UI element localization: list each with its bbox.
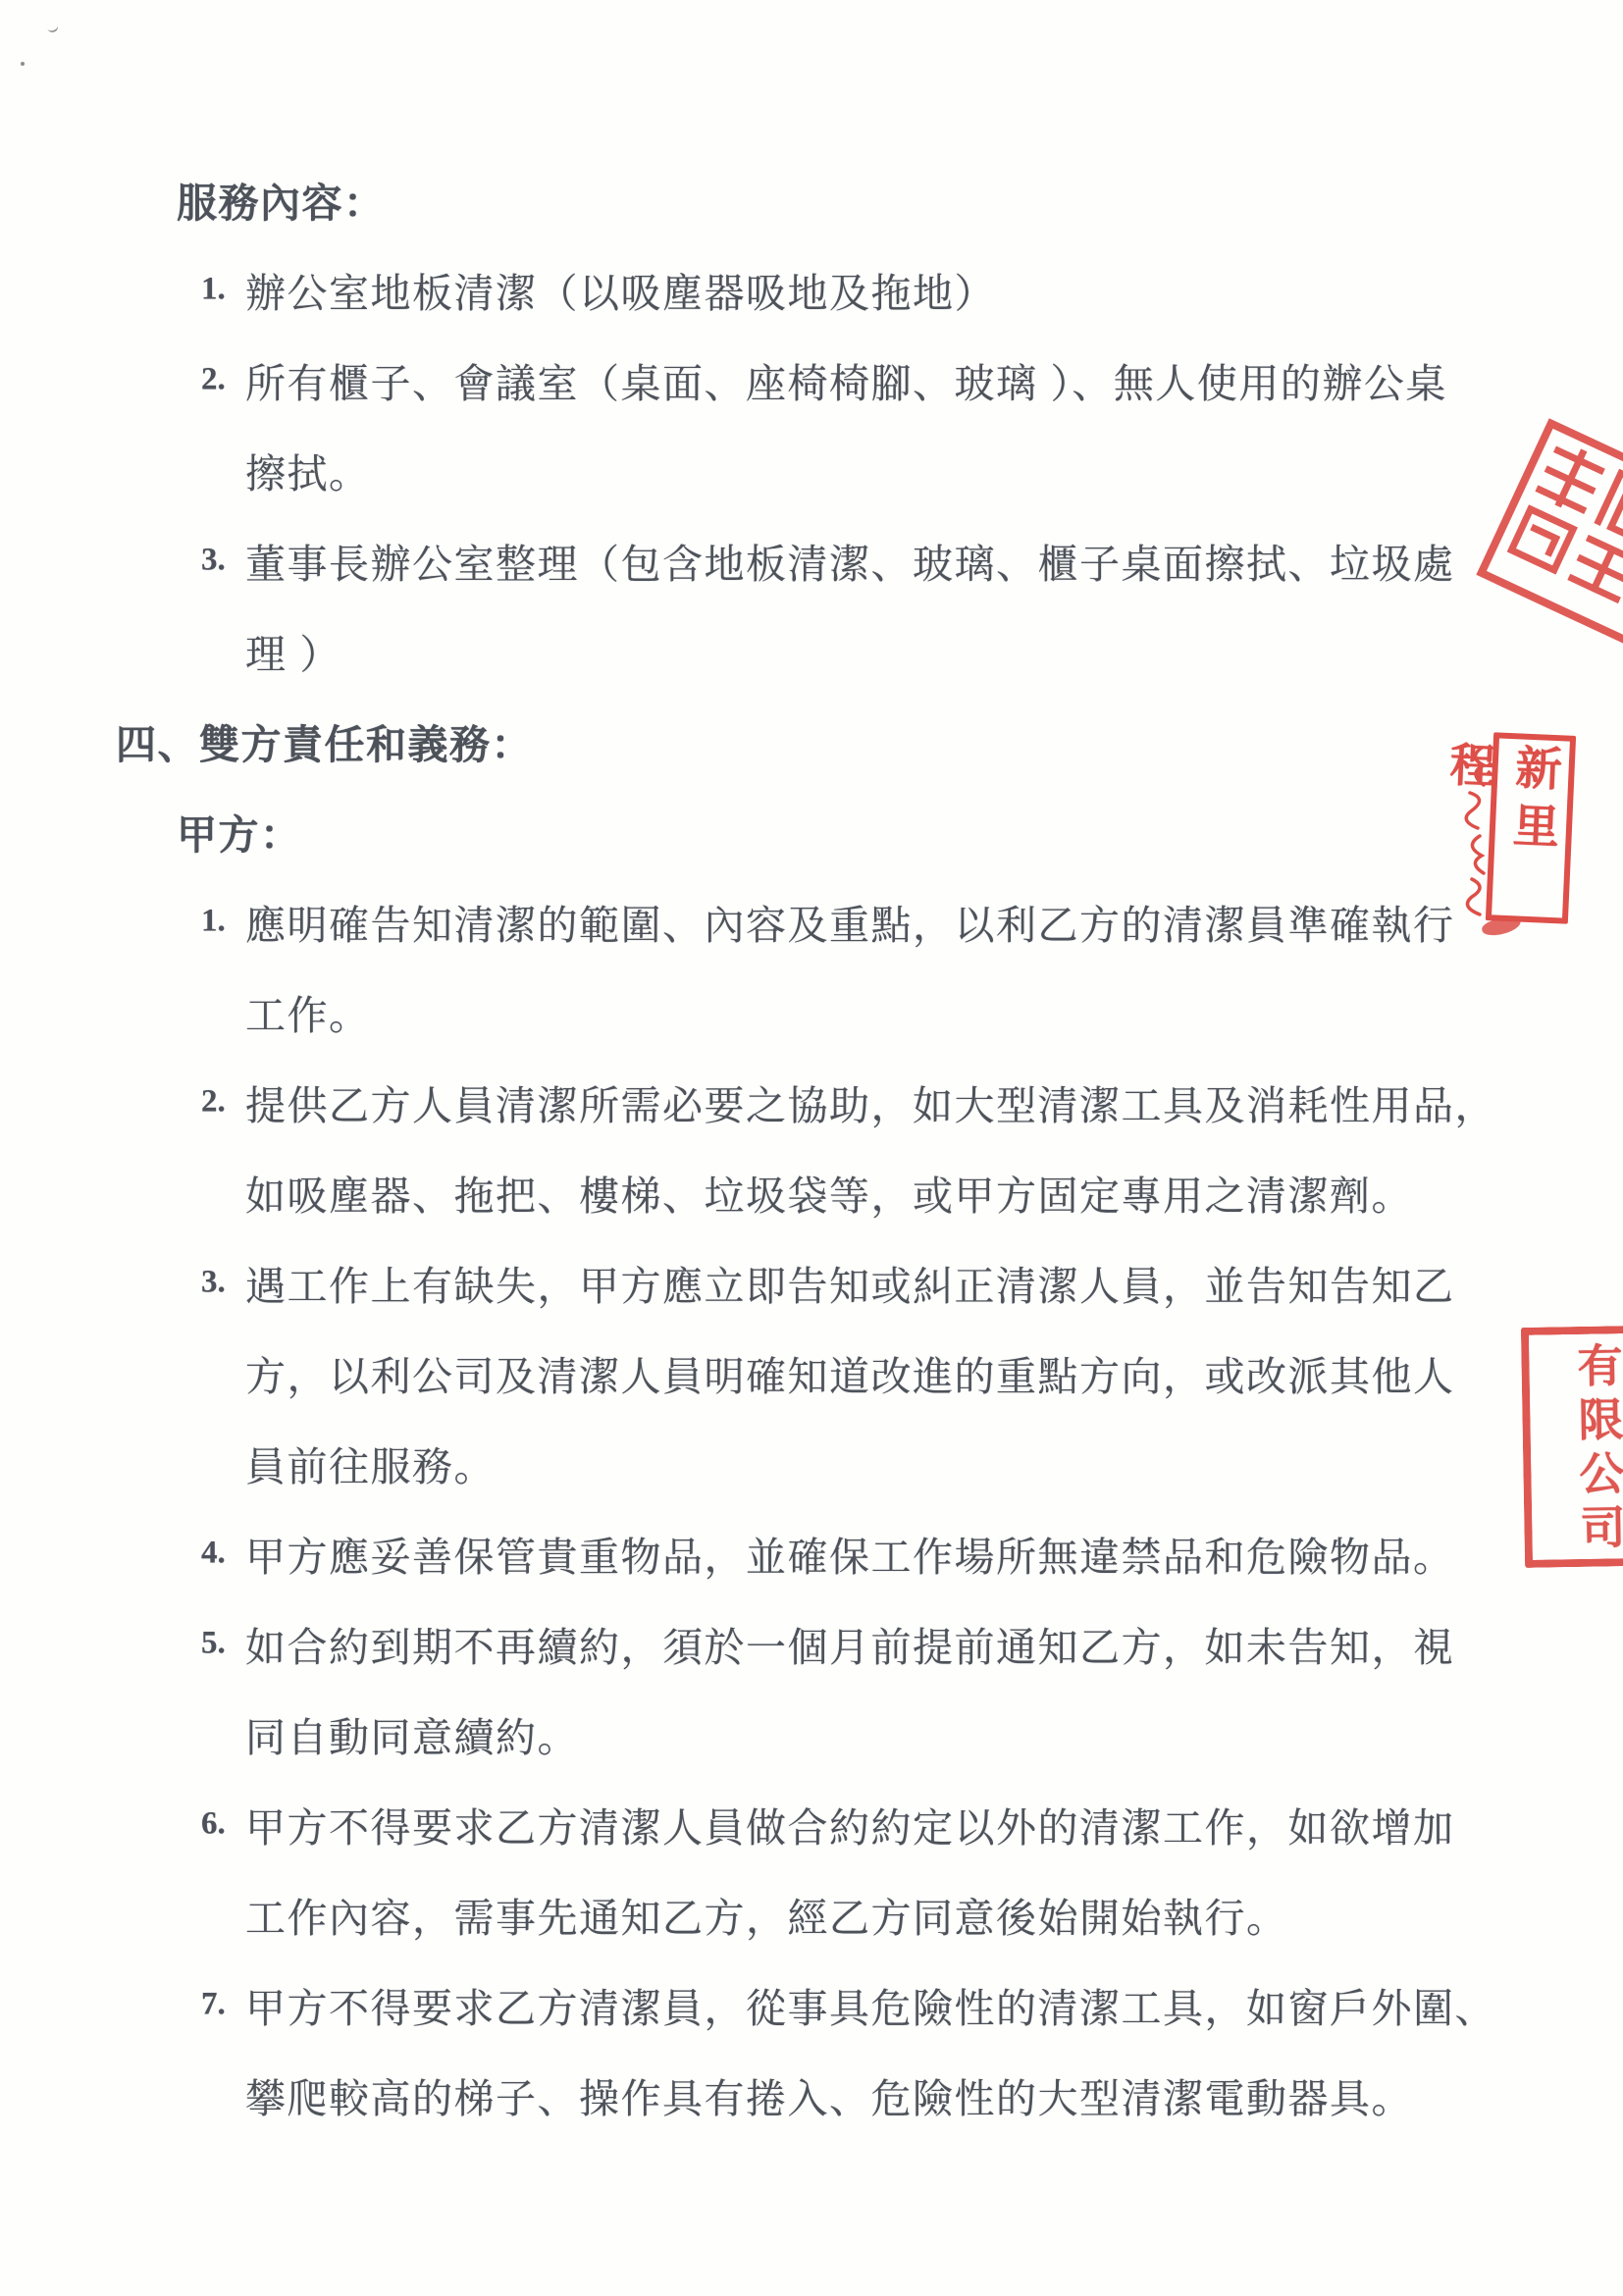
party-a-item-7-line-2: 攀爬較高的梯子、操作具有捲入、危險性的大型清潔電動器具。 xyxy=(0,2050,1623,2140)
service-item-1-line-1: 1.辦公室地板清潔（以吸塵器吸地及拖地） xyxy=(0,244,1623,335)
scan-artifact-dot xyxy=(21,62,25,66)
party-a-item-5-line-2: 同自動同意續約。 xyxy=(0,1689,1623,1779)
text-line: 如合約到期不再續約，須於一個月前提前通知乙方，如未告知，視 xyxy=(245,1615,1455,1673)
party-a-item-3-line-2: 方，以利公司及清潔人員明確知道改進的重點方向，或改派其他人 xyxy=(0,1328,1623,1418)
item-number: 4. xyxy=(201,1536,226,1572)
party-a-item-3-line-1: 3.遇工作上有缺失，甲方應立即告知或糾正清潔人員，並告知告知乙 xyxy=(0,1237,1623,1328)
party-a-item-2-line-2: 如吸塵器、拖把、樓梯、垃圾袋等，或甲方固定專用之清潔劑。 xyxy=(0,1147,1623,1237)
service-item-3-line-1: 3.董事長辦公室整理（包含地板清潔、玻璃、櫃子桌面擦拭、垃圾處 xyxy=(0,515,1623,605)
co-ltd-stamp: 有限公司 xyxy=(1521,1326,1623,1568)
item-number: 2. xyxy=(201,362,226,398)
text-line: 工作內容，需事先通知乙方，經乙方同意後始開始執行。 xyxy=(245,1886,1288,1944)
service-item-2-line-2: 擦拭。 xyxy=(0,425,1623,515)
service-content-heading: 服務內容： xyxy=(0,154,1623,244)
scanned-contract-page: 服務內容：1.辦公室地板清潔（以吸塵器吸地及拖地）2.所有櫃子、會議室（桌面、座… xyxy=(0,0,1623,2296)
document-body: 服務內容：1.辦公室地板清潔（以吸塵器吸地及拖地）2.所有櫃子、會議室（桌面、座… xyxy=(0,154,1623,2140)
text-line: 如吸塵器、拖把、樓梯、垃圾袋等，或甲方固定專用之清潔劑。 xyxy=(245,1164,1413,1222)
text-line: 辦公室地板清潔（以吸塵器吸地及拖地） xyxy=(245,261,996,319)
text-line: 攀爬較高的梯子、操作具有捲入、危險性的大型清潔電動器具。 xyxy=(245,2066,1413,2124)
party-a-item-1-line-2: 工作。 xyxy=(0,966,1623,1057)
text-line: 甲方： xyxy=(177,803,302,861)
text-line: 工作。 xyxy=(245,983,371,1041)
item-number: 3. xyxy=(201,543,226,579)
scan-artifact-tick xyxy=(46,21,60,34)
item-number: 3. xyxy=(201,1265,226,1301)
service-item-3-line-2: 理 ） xyxy=(0,605,1623,696)
item-number: 7. xyxy=(201,1987,226,2023)
text-line: 方，以利公司及清潔人員明確知道改進的重點方向，或改派其他人 xyxy=(245,1344,1455,1402)
text-line: 甲方應妥善保管貴重物品，並確保工作場所無違禁品和危險物品。 xyxy=(245,1525,1455,1583)
party-a-item-5-line-1: 5.如合約到期不再續約，須於一個月前提前通知乙方，如未告知，視 xyxy=(0,1598,1623,1689)
party-a-item-1-line-1: 1.應明確告知清潔的範圍、內容及重點，以利乙方的清潔員準確執行 xyxy=(0,876,1623,966)
text-line: 遇工作上有缺失，甲方應立即告知或糾正清潔人員，並告知告知乙 xyxy=(245,1254,1455,1312)
party-a-item-4-line-1: 4.甲方應妥善保管貴重物品，並確保工作場所無違禁品和危險物品。 xyxy=(0,1508,1623,1598)
text-line: 甲方不得要求乙方清潔人員做合約約定以外的清潔工作，如欲增加 xyxy=(245,1796,1455,1853)
stamp-text-youxiangongsi: 有限公司 xyxy=(1529,1341,1623,1559)
item-number: 1. xyxy=(201,904,226,940)
party-a-item-2-line-1: 2.提供乙方人員清潔所需必要之協助，如大型清潔工具及消耗性用品， xyxy=(0,1057,1623,1147)
company-name-stamp: 新里程 xyxy=(1464,734,1586,935)
text-line: 董事長辦公室整理（包含地板清潔、玻璃、櫃子桌面擦拭、垃圾處 xyxy=(245,532,1455,590)
item-number: 1. xyxy=(201,272,226,308)
text-line: 員前往服務。 xyxy=(245,1435,496,1492)
service-item-2-line-1: 2.所有櫃子、會議室（桌面、座椅椅腳、玻璃 ）、無人使用的辦公桌 xyxy=(0,335,1623,425)
text-line: 理 ） xyxy=(245,622,341,680)
text-line: 提供乙方人員清潔所需必要之協助，如大型清潔工具及消耗性用品， xyxy=(245,1073,1496,1131)
text-line: 四、雙方責任和義務： xyxy=(116,712,533,770)
item-number: 2. xyxy=(201,1084,226,1121)
text-line: 甲方不得要求乙方清潔員，從事具危險性的清潔工具，如窗戶外圍、 xyxy=(245,1976,1496,2034)
section-four-heading: 四、雙方責任和義務： xyxy=(0,696,1623,786)
party-a-heading: 甲方： xyxy=(0,786,1623,876)
item-number: 6. xyxy=(201,1806,226,1843)
party-a-item-6-line-1: 6.甲方不得要求乙方清潔人員做合約約定以外的清潔工作，如欲增加 xyxy=(0,1779,1623,1869)
item-number: 5. xyxy=(201,1626,226,1662)
party-a-item-3-line-3: 員前往服務。 xyxy=(0,1418,1623,1508)
text-line: 服務內容： xyxy=(177,171,386,229)
text-line: 所有櫃子、會議室（桌面、座椅椅腳、玻璃 ）、無人使用的辦公桌 xyxy=(245,351,1447,409)
party-a-item-7-line-1: 7.甲方不得要求乙方清潔員，從事具危險性的清潔工具，如窗戶外圍、 xyxy=(0,1959,1623,2050)
party-a-item-6-line-2: 工作內容，需事先通知乙方，經乙方同意後始開始執行。 xyxy=(0,1869,1623,1959)
text-line: 同自動同意續約。 xyxy=(245,1705,579,1763)
text-line: 擦拭。 xyxy=(245,442,371,499)
text-line: 應明確告知清潔的範圍、內容及重點，以利乙方的清潔員準確執行 xyxy=(245,893,1455,951)
stamp-text-xinlicheng: 新里程 xyxy=(1486,732,1576,923)
